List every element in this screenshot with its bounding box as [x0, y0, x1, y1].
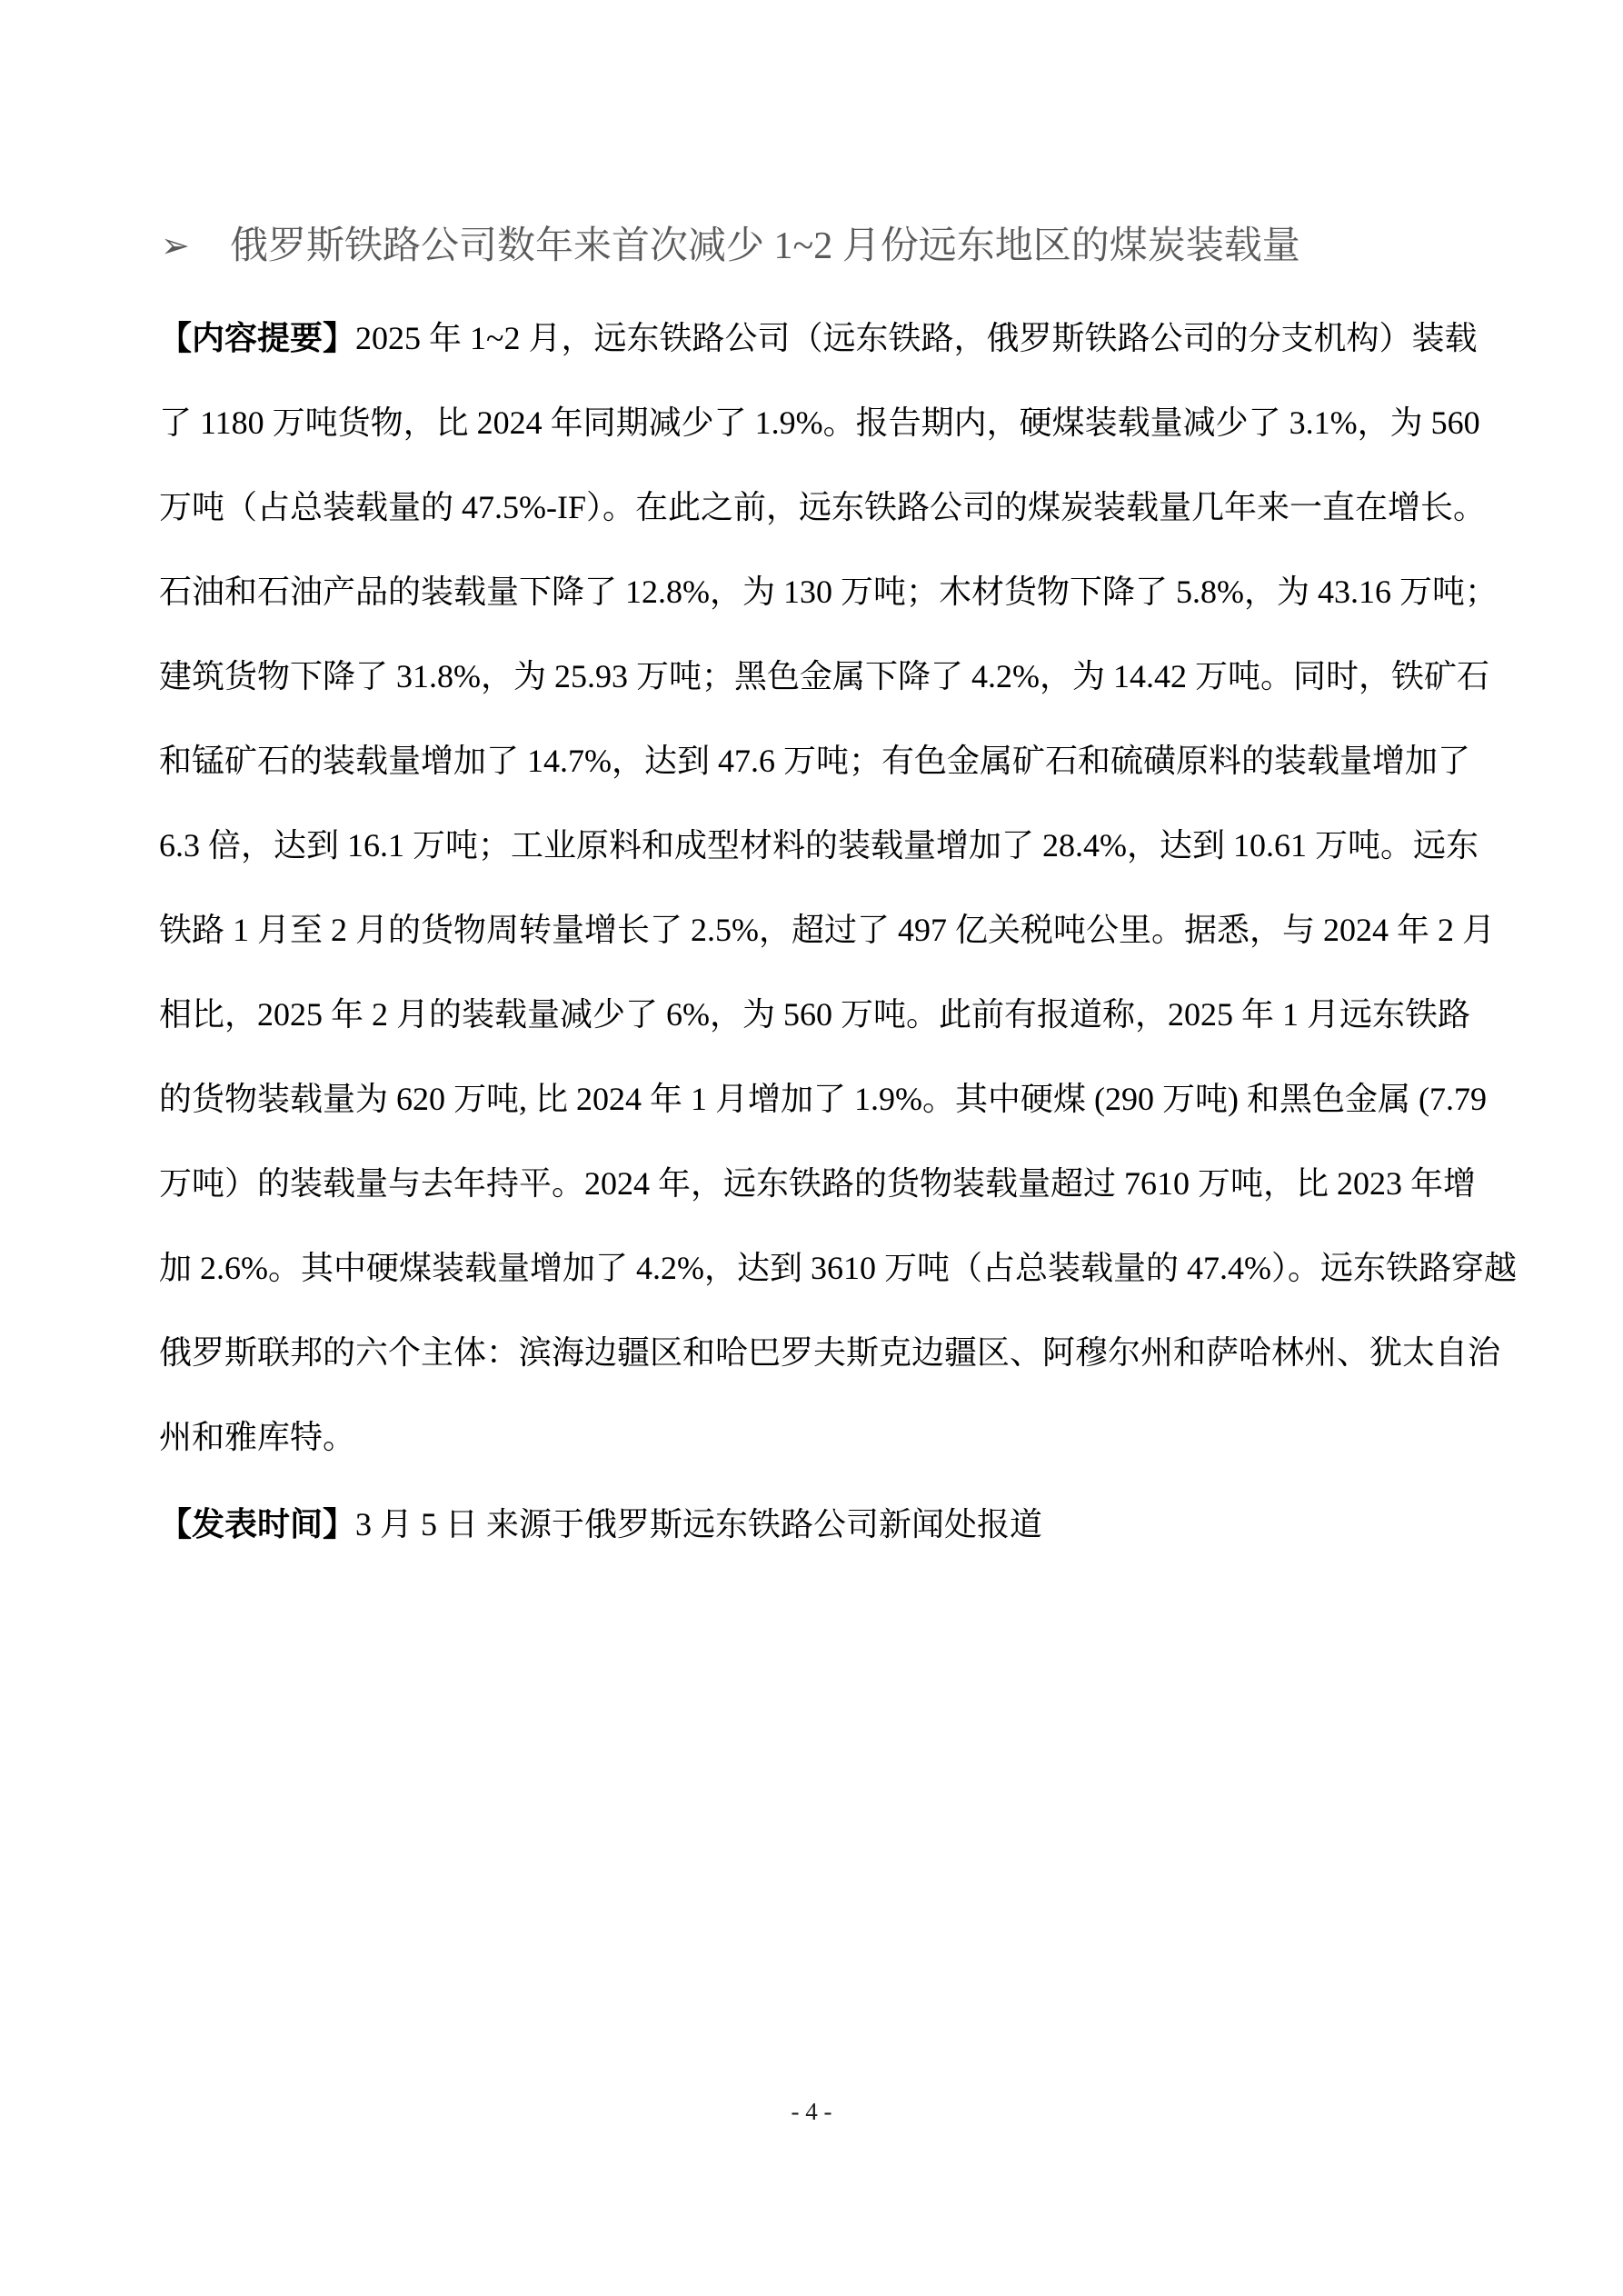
publish-line: 【发表时间】3 月 5 日 来源于俄罗斯远东铁路公司新闻处报道 [159, 1482, 1464, 1567]
body-line: 和锰矿石的装载量增加了 14.7%，达到 47.6 万吨；有色金属矿石和硫磺原料… [159, 719, 1464, 804]
body-line: 6.3 倍，达到 16.1 万吨；工业原料和成型材料的装载量增加了 28.4%，… [159, 804, 1464, 888]
summary-paragraph: 【内容提要】2025 年 1~2 月，远东铁路公司（远东铁路，俄罗斯铁路公司的分… [159, 296, 1464, 1480]
publish-text: 3 月 5 日 来源于俄罗斯远东铁路公司新闻处报道 [355, 1506, 1042, 1542]
body-line: 建筑货物下降了 31.8%，为 25.93 万吨；黑色金属下降了 4.2%，为 … [159, 634, 1464, 719]
publish-label: 【发表时间】 [159, 1506, 355, 1542]
body-line: 的货物装载量为 620 万吨, 比 2024 年 1 月增加了 1.9%。其中硬… [159, 1057, 1464, 1142]
page-number: - 4 - [0, 2093, 1623, 2130]
body-line: 了 1180 万吨货物，比 2024 年同期减少了 1.9%。报告期内，硬煤装载… [159, 381, 1464, 465]
body-line: 万吨（占总装载量的 47.5%-IF）。在此之前，远东铁路公司的煤炭装载量几年来… [159, 465, 1464, 550]
summary-lines: 了 1180 万吨货物，比 2024 年同期减少了 1.9%。报告期内，硬煤装载… [159, 381, 1464, 1480]
body-line: 州和雅库特。 [159, 1395, 1464, 1480]
body-line: 铁路 1 月至 2 月的货物周转量增长了 2.5%，超过了 497 亿关税吨公里… [159, 888, 1464, 973]
body-line: 俄罗斯联邦的六个主体：滨海边疆区和哈巴罗夫斯克边疆区、阿穆尔州和萨哈林州、犹太自… [159, 1311, 1464, 1395]
section-title: ➢ 俄罗斯铁路公司数年来首次减少 1~2 月份远东地区的煤炭装载量 [161, 218, 1469, 275]
document-page: ➢ 俄罗斯铁路公司数年来首次减少 1~2 月份远东地区的煤炭装载量 【内容提要】… [0, 0, 1623, 2296]
summary-first-line: 2025 年 1~2 月，远东铁路公司（远东铁路，俄罗斯铁路公司的分支机构）装载 [355, 320, 1477, 356]
body-line: 加 2.6%。其中硬煤装载量增加了 4.2%，达到 3610 万吨（占总装载量的… [159, 1226, 1464, 1311]
summary-label: 【内容提要】 [159, 320, 355, 356]
body-line: 【内容提要】2025 年 1~2 月，远东铁路公司（远东铁路，俄罗斯铁路公司的分… [159, 296, 1464, 381]
body-line: 石油和石油产品的装载量下降了 12.8%，为 130 万吨；木材货物下降了 5.… [159, 550, 1464, 634]
arrow-bullet-icon: ➢ [161, 218, 230, 275]
body-line: 相比，2025 年 2 月的装载量减少了 6%，为 560 万吨。此前有报道称，… [159, 973, 1464, 1057]
section-title-text: 俄罗斯铁路公司数年来首次减少 1~2 月份远东地区的煤炭装载量 [230, 218, 1300, 275]
body-line: 万吨）的装载量与去年持平。2024 年，远东铁路的货物装载量超过 7610 万吨… [159, 1142, 1464, 1226]
